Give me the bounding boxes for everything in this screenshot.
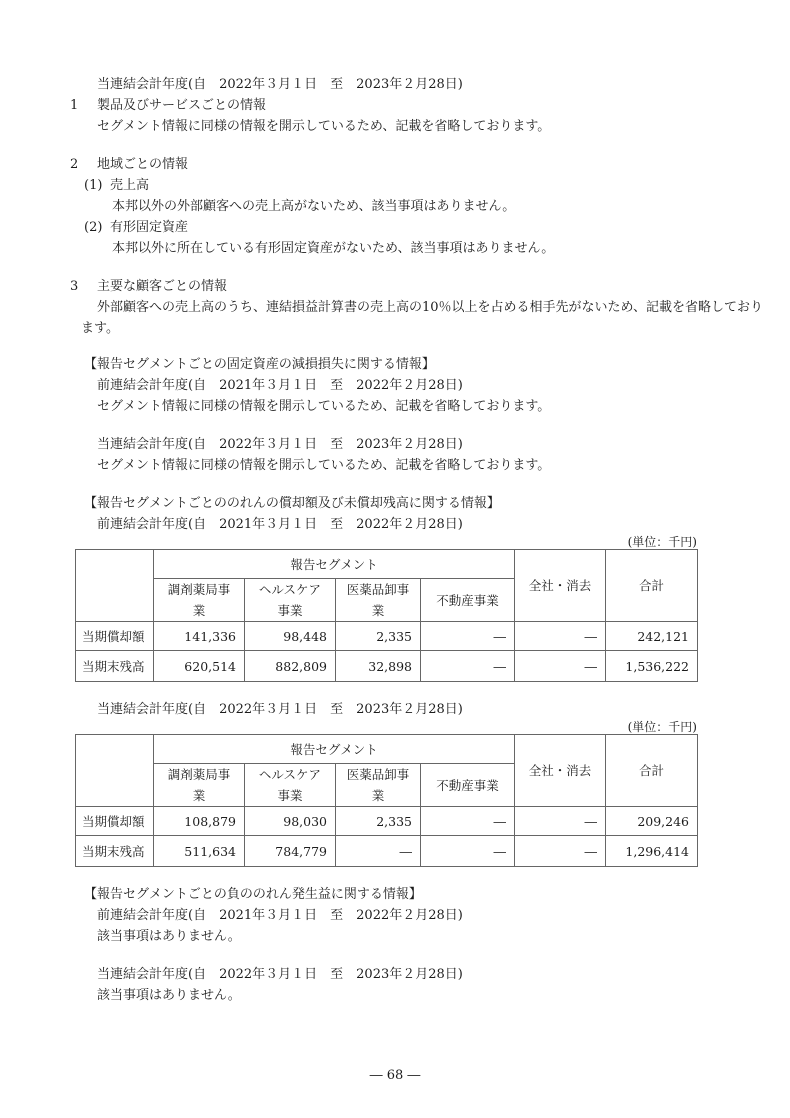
negative-goodwill-heading: 【報告セグメントごとの負ののれん発生益に関する情報】 [84,884,790,905]
impairment-prev-body: セグメント情報に同様の情報を開示しているため、記載を省略しております。 [97,396,790,417]
impairment-heading: 【報告セグメントごとの固定資産の減損損失に関する情報】 [84,354,790,375]
table-header-row-group: 報告セグメント 全社・消去 合計 [76,550,698,579]
cell-value: ― [421,622,515,651]
cell-value: 511,634 [154,836,245,867]
impairment-cur-period: 当連結会計年度(自 2022年３月１日 至 2023年２月28日) [97,434,790,455]
negative-goodwill-cur-body: 該当事項はありません。 [97,985,790,1006]
negative-goodwill-prev-period: 前連結会計年度(自 2021年３月１日 至 2022年２月28日) [97,905,790,926]
row-label: 当期償却額 [76,622,154,651]
goodwill-table-prev: 報告セグメント 全社・消去 合計 調剤薬局事業 ヘルスケア事業 医薬品卸事業 不… [75,549,698,682]
table-corp-header: 全社・消去 [515,735,606,807]
table-col-header: 不動産事業 [421,764,515,807]
cell-value: ― [336,836,421,867]
table-row: 当期末残高 511,634 784,779 ― ― ― 1,296,414 [76,836,698,867]
cell-value: 784,779 [245,836,336,867]
cell-value: ― [515,836,606,867]
item2-sub2-number: (2) [84,217,110,238]
table-corner-cell [76,550,154,622]
item2-sub2-title-line: (2)有形固定資産 [84,217,790,238]
table-row: 当期末残高 620,514 882,809 32,898 ― ― 1,536,2… [76,651,698,682]
item3-title-line: 3主要な顧客ごとの情報 [70,276,790,297]
table-group-header: 報告セグメント [154,735,515,764]
current-period-line: 当連結会計年度(自 2022年３月１日 至 2023年２月28日) [97,74,790,95]
cell-value: 98,030 [245,807,336,836]
cell-value: 32,898 [336,651,421,682]
item2-sub2-body: 本邦以外に所在している有形固定資産がないため、該当事項はありません。 [112,238,790,259]
item1-title-line: 1製品及びサービスごとの情報 [70,95,790,116]
item2-title: 地域ごとの情報 [97,157,188,172]
table-corner-cell [76,735,154,807]
cell-value: 620,514 [154,651,245,682]
cell-value: ― [515,651,606,682]
goodwill-cur-period: 当連結会計年度(自 2022年３月１日 至 2023年２月28日) [97,699,790,720]
cell-value: ― [421,807,515,836]
table-col-header: 調剤薬局事業 [154,764,245,807]
item2-sub2-title: 有形固定資産 [110,220,188,235]
item1-number: 1 [70,95,97,116]
cell-value: ― [515,807,606,836]
item2-sub1-number: (1) [84,175,110,196]
goodwill-cur-unit: (単位：千円) [75,720,697,734]
item2-sub1-title: 売上高 [110,178,149,193]
cell-value: ― [421,651,515,682]
item1-body: セグメント情報に同様の情報を開示しているため、記載を省略しております。 [97,116,790,137]
item2-sub1-body: 本邦以外の外部顧客への売上高がないため、該当事項はありません。 [112,196,790,217]
cell-value: 1,536,222 [606,651,698,682]
item2-title-line: 2地域ごとの情報 [70,154,790,175]
cell-value: 1,296,414 [606,836,698,867]
row-label: 当期末残高 [76,651,154,682]
cell-value: 2,335 [336,807,421,836]
cell-value: 2,335 [336,622,421,651]
document-page: 当連結会計年度(自 2022年３月１日 至 2023年２月28日) 1製品及びサ… [0,0,790,1118]
cell-value: 882,809 [245,651,336,682]
goodwill-prev-period: 前連結会計年度(自 2021年３月１日 至 2022年２月28日) [97,514,790,535]
table-row: 当期償却額 141,336 98,448 2,335 ― ― 242,121 [76,622,698,651]
table-col-header: ヘルスケア事業 [245,764,336,807]
table-col-header: ヘルスケア事業 [245,579,336,622]
table-total-header: 合計 [606,735,698,807]
page-number: ― 68 ― [0,1068,790,1083]
table-row: 当期償却額 108,879 98,030 2,335 ― ― 209,246 [76,807,698,836]
table-group-header: 報告セグメント [154,550,515,579]
cell-value: 242,121 [606,622,698,651]
item3-title: 主要な顧客ごとの情報 [97,279,227,294]
negative-goodwill-prev-body: 該当事項はありません。 [97,926,790,947]
item2-number: 2 [70,154,97,175]
item1-title: 製品及びサービスごとの情報 [97,98,266,113]
table-col-header: 調剤薬局事業 [154,579,245,622]
impairment-prev-period: 前連結会計年度(自 2021年３月１日 至 2022年２月28日) [97,375,790,396]
row-label: 当期末残高 [76,836,154,867]
item3-body-line2: ます。 [81,318,790,339]
cell-value: 108,879 [154,807,245,836]
impairment-cur-body: セグメント情報に同様の情報を開示しているため、記載を省略しております。 [97,455,790,476]
goodwill-heading: 【報告セグメントごとののれんの償却額及び未償却残高に関する情報】 [84,493,790,514]
table-corp-header: 全社・消去 [515,550,606,622]
item3-number: 3 [70,276,97,297]
table-total-header: 合計 [606,550,698,622]
negative-goodwill-cur-period: 当連結会計年度(自 2022年３月１日 至 2023年２月28日) [97,964,790,985]
table-col-header: 医薬品卸事業 [336,764,421,807]
goodwill-prev-unit: (単位：千円) [75,535,697,549]
cell-value: 98,448 [245,622,336,651]
table-col-header: 医薬品卸事業 [336,579,421,622]
row-label: 当期償却額 [76,807,154,836]
table-col-header: 不動産事業 [421,579,515,622]
document-body: 当連結会計年度(自 2022年３月１日 至 2023年２月28日) 1製品及びサ… [0,74,790,1006]
cell-value: ― [421,836,515,867]
cell-value: 209,246 [606,807,698,836]
goodwill-table-cur: 報告セグメント 全社・消去 合計 調剤薬局事業 ヘルスケア事業 医薬品卸事業 不… [75,734,698,867]
table-header-row-group: 報告セグメント 全社・消去 合計 [76,735,698,764]
item2-sub1-title-line: (1)売上高 [84,175,790,196]
cell-value: 141,336 [154,622,245,651]
cell-value: ― [515,622,606,651]
item3-body-line1: 外部顧客への売上高のうち、連結損益計算書の売上高の10％以上を占める相手先がない… [97,297,790,318]
